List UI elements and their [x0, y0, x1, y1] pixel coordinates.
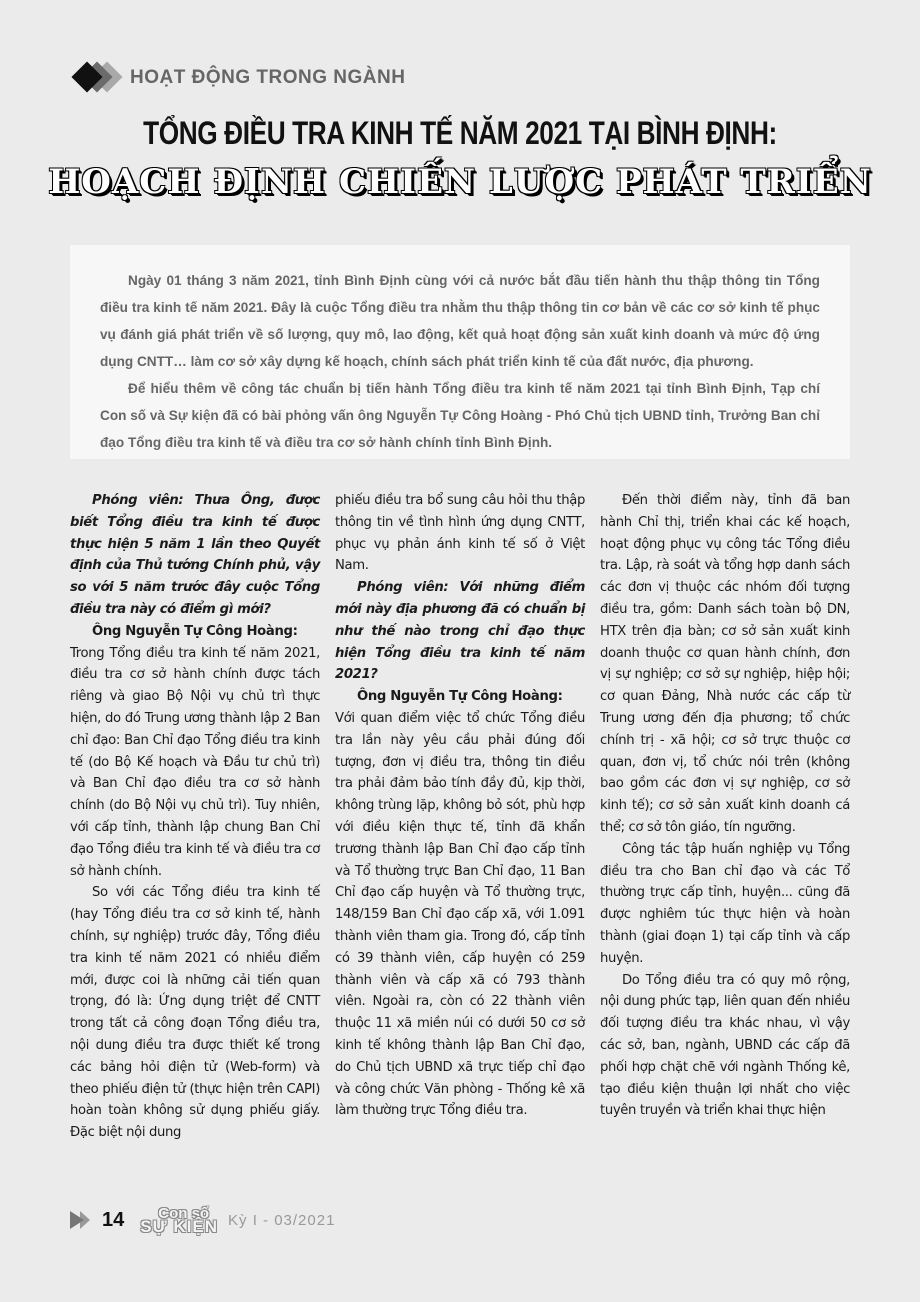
page-footer: 14 Con số SỰ KIỆN Kỳ I - 03/2021	[70, 1200, 335, 1240]
question-2: Phóng viên: Với những điểm mới này địa p…	[335, 577, 585, 686]
logo-bottom-text: SỰ KIỆN	[140, 1220, 218, 1233]
column-3: Đến thời điểm này, tỉnh đã ban hành Chỉ …	[600, 490, 850, 1190]
intro-box: Ngày 01 tháng 3 năm 2021, tỉnh Bình Định…	[70, 245, 850, 459]
answer-1-speaker: Ông Nguyễn Tự Công Hoàng:	[70, 621, 320, 643]
answer-2-paragraph-2: Đến thời điểm này, tỉnh đã ban hành Chỉ …	[600, 490, 850, 839]
headline-line-2: HOẠCH ĐỊNH CHIẾN LƯỢC PHÁT TRIỂN	[0, 162, 920, 202]
answer-1-continued: phiếu điều tra bổ sung câu hỏi thu thập …	[335, 490, 585, 577]
answer-2-speaker: Ông Nguyễn Tự Công Hoàng:	[335, 686, 585, 708]
question-1: Phóng viên: Thưa Ông, được biết Tổng điề…	[70, 490, 320, 621]
magazine-logo: Con số SỰ KIỆN	[140, 1207, 218, 1233]
issue-label: Kỳ I - 03/2021	[228, 1212, 335, 1229]
answer-1-text: Trong Tổng điều tra kinh tế năm 2021, đi…	[70, 643, 320, 883]
triple-chevron-left-icon	[70, 64, 124, 92]
section-title: HOẠT ĐỘNG TRONG NGÀNH	[130, 67, 405, 89]
answer-2-text: Với quan điểm việc tổ chức Tổng điều tra…	[335, 708, 585, 1122]
column-1: Phóng viên: Thưa Ông, được biết Tổng điề…	[70, 490, 320, 1190]
answer-1-paragraph-2: So với các Tổng điều tra kinh tế (hay Tổ…	[70, 882, 320, 1144]
intro-paragraph: Ngày 01 tháng 3 năm 2021, tỉnh Bình Định…	[100, 267, 820, 375]
speaker-name: Ông Nguyễn Tự Công Hoàng:	[92, 624, 298, 639]
article-body: Phóng viên: Thưa Ông, được biết Tổng điề…	[70, 490, 850, 1190]
section-header: HOẠT ĐỘNG TRONG NGÀNH	[70, 64, 405, 92]
page-number: 14	[102, 1209, 124, 1232]
headline-line-1: TỔNG ĐIỀU TRA KINH TẾ NĂM 2021 TẠI BÌNH …	[83, 115, 837, 152]
answer-2-paragraph-4: Do Tổng điều tra có quy mô rộng, nội dun…	[600, 970, 850, 1123]
column-2: phiếu điều tra bổ sung câu hỏi thu thập …	[335, 490, 585, 1190]
speaker-name: Ông Nguyễn Tự Công Hoàng:	[357, 689, 563, 704]
answer-2-paragraph-3: Công tác tập huấn nghiệp vụ Tổng điều tr…	[600, 839, 850, 970]
intro-paragraph: Để hiểu thêm về công tác chuẩn bị tiến h…	[100, 375, 820, 456]
play-arrow-icon	[70, 1211, 84, 1229]
